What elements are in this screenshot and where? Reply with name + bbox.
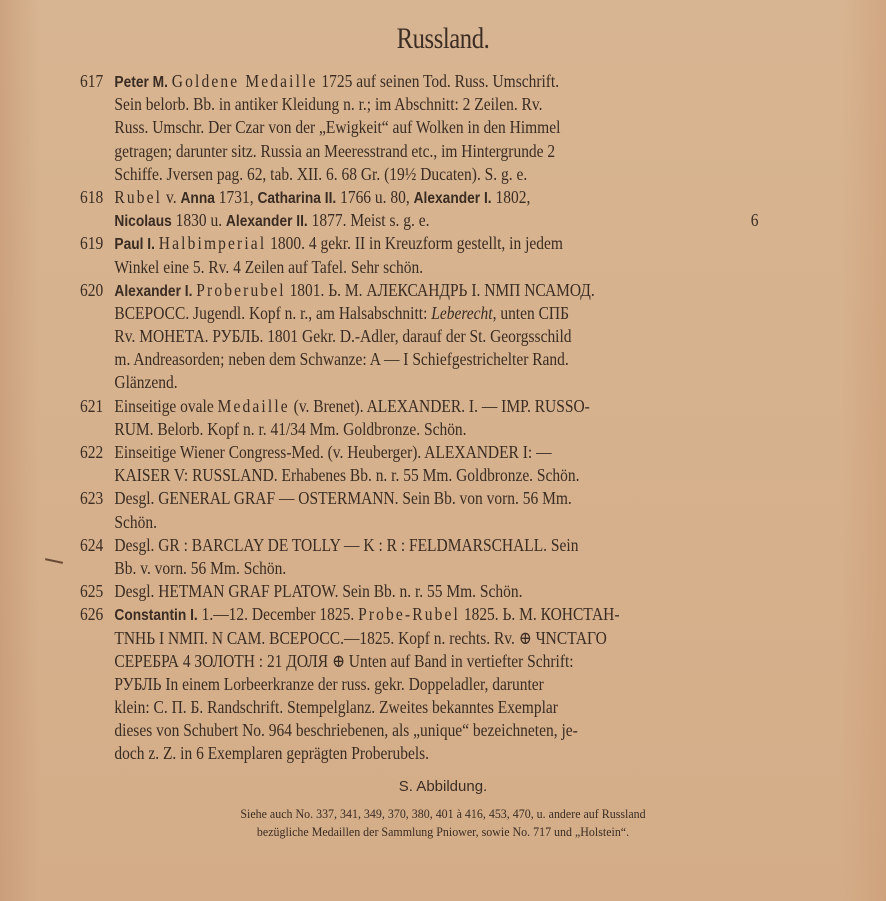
entry-text-line: dieses von Schubert No. 964 beschriebene…	[114, 719, 577, 742]
catalog-entry-618: 618 Rubel v. Anna 1731, Catharina II. 17…	[80, 186, 780, 232]
illustration-note: S. Abbildung.	[0, 778, 886, 795]
entry-number: 621	[80, 395, 111, 418]
catalog-entry-622: 622 Einseitige Wiener Congress-Med. (v. …	[80, 441, 780, 487]
entry-text-line: Desgl. GENERAL GRAF — OSTERMANN. Sein Bb…	[114, 487, 571, 510]
item-type: Rubel	[114, 187, 162, 207]
entry-number: 625	[80, 580, 111, 603]
entry-number: 623	[80, 487, 111, 510]
entry-number: 622	[80, 441, 111, 464]
entry-text-line: РУБЛЬ In einem Lorbeerkranze der russ. g…	[114, 673, 543, 696]
item-type: Proberubel	[196, 280, 285, 300]
entry-text-line: KAISER V: RUSSLAND. Erhabenes Bb. n. r. …	[114, 464, 579, 487]
ruler-name: Constantin I.	[114, 607, 197, 624]
footnote-line-1: Siehe auch No. 337, 341, 349, 370, 380, …	[35, 806, 850, 822]
item-type: Goldene Medaille	[172, 71, 318, 91]
entry-text-line: klein: С. П. Б. Randschrift. Stempelglan…	[114, 696, 558, 719]
scanned-page: Russland. 617 Peter M. Goldene Medaille …	[0, 0, 886, 901]
item-type: Medaille	[218, 396, 290, 416]
entry-text-line: Desgl. GR : BARCLAY DE TOLLY — K : R : F…	[114, 534, 578, 557]
entry-number: 617	[80, 70, 111, 93]
catalog-entry-624: 624 Desgl. GR : BARCLAY DE TOLLY — K : R…	[80, 534, 780, 580]
ruler-name: Alexander I.	[114, 283, 192, 300]
entry-text-line: ТNНЬ I NМП. N САМ. ВСЕРОСС.—1825. Kopf n…	[114, 627, 606, 650]
entry-text-line: Desgl. HETMAN GRAF PLATOW. Sein Bb. n. r…	[114, 580, 522, 603]
entry-text-line: m. Andreasorden; neben dem Schwanze: A —…	[114, 348, 568, 371]
catalog-entry-626: 626 Constantin I. 1.—12. December 1825. …	[80, 603, 780, 765]
entry-number: 619	[80, 232, 111, 255]
entry-text-line: Winkel eine 5. Rv. 4 Zeilen auf Tafel. S…	[114, 256, 423, 279]
catalog-entry-621: 621 Einseitige ovale Medaille (v. Brenet…	[80, 395, 780, 441]
entry-text-line: Schiffe. Jversen pag. 62, tab. XII. 6. 6…	[114, 163, 527, 186]
ruler-name: Alexander II.	[226, 213, 308, 230]
catalog-entry-619: 619 Paul I. Halbimperial 1800. 4 gekr. I…	[80, 232, 780, 278]
item-type: Halbimperial	[159, 233, 266, 253]
entry-text-line: Glänzend.	[114, 371, 177, 394]
entry-text-line: Rv. МОНЕТА. РУБЛЬ. 1801 Gekr. D.-Adler, …	[114, 325, 571, 348]
entry-text-line: doch z. Z. in 6 Exemplaren geprägten Pro…	[114, 742, 429, 765]
entry-text-line: Bb. v. vorn. 56 Mm. Schön.	[114, 557, 286, 580]
catalog-entry-623: 623 Desgl. GENERAL GRAF — OSTERMANN. Sei…	[80, 487, 780, 533]
catalog-entry-625: 625 Desgl. HETMAN GRAF PLATOW. Sein Bb. …	[80, 580, 780, 603]
catalog-entry-617: 617 Peter M. Goldene Medaille 1725 auf s…	[80, 70, 780, 186]
footnote-line-2: bezügliche Medaillen der Sammlung Pniowe…	[35, 824, 850, 840]
catalog-entries: 617 Peter M. Goldene Medaille 1725 auf s…	[80, 70, 780, 766]
entry-text-line: Schön.	[114, 511, 157, 534]
entry-number: 620	[80, 279, 111, 302]
engraver-signature: Leberecht	[431, 303, 492, 323]
ruler-name: Nicolaus	[114, 213, 171, 230]
entry-text-line: RUM. Belorb. Kopf n. r. 41/34 Mm. Goldbr…	[114, 418, 466, 441]
ruler-name: Peter M.	[114, 74, 168, 91]
ruler-name: Alexander I.	[414, 190, 492, 207]
ruler-name: Paul I.	[114, 236, 155, 253]
ruler-name: Catharina II.	[257, 190, 336, 207]
entry-number: 626	[80, 603, 111, 626]
quantity-value: 6	[751, 209, 759, 232]
entry-text-line: Einseitige Wiener Congress-Med. (v. Heub…	[114, 441, 551, 464]
entry-text-line: Sein belorb. Bb. in antiker Kleidung n. …	[114, 93, 542, 116]
entry-text-line: СЕРЕБРА 4 ЗОЛОТН : 21 ДОЛЯ ⊕ Unten auf B…	[114, 650, 573, 673]
entry-number: 618	[80, 186, 111, 209]
entry-text-line: getragen; darunter sitz. Russia an Meere…	[114, 140, 555, 163]
entry-number: 624	[80, 534, 111, 557]
ruler-name: Anna	[180, 190, 214, 207]
item-type: Probe-Rubel	[358, 604, 460, 624]
catalog-entry-620: 620 Alexander I. Proberubel 1801. Ь. М. …	[80, 279, 780, 395]
page-title: Russland.	[80, 22, 807, 56]
entry-text-line: Russ. Umschr. Der Czar von der „Ewigkeit…	[114, 116, 560, 139]
pencil-mark-icon	[45, 558, 63, 564]
